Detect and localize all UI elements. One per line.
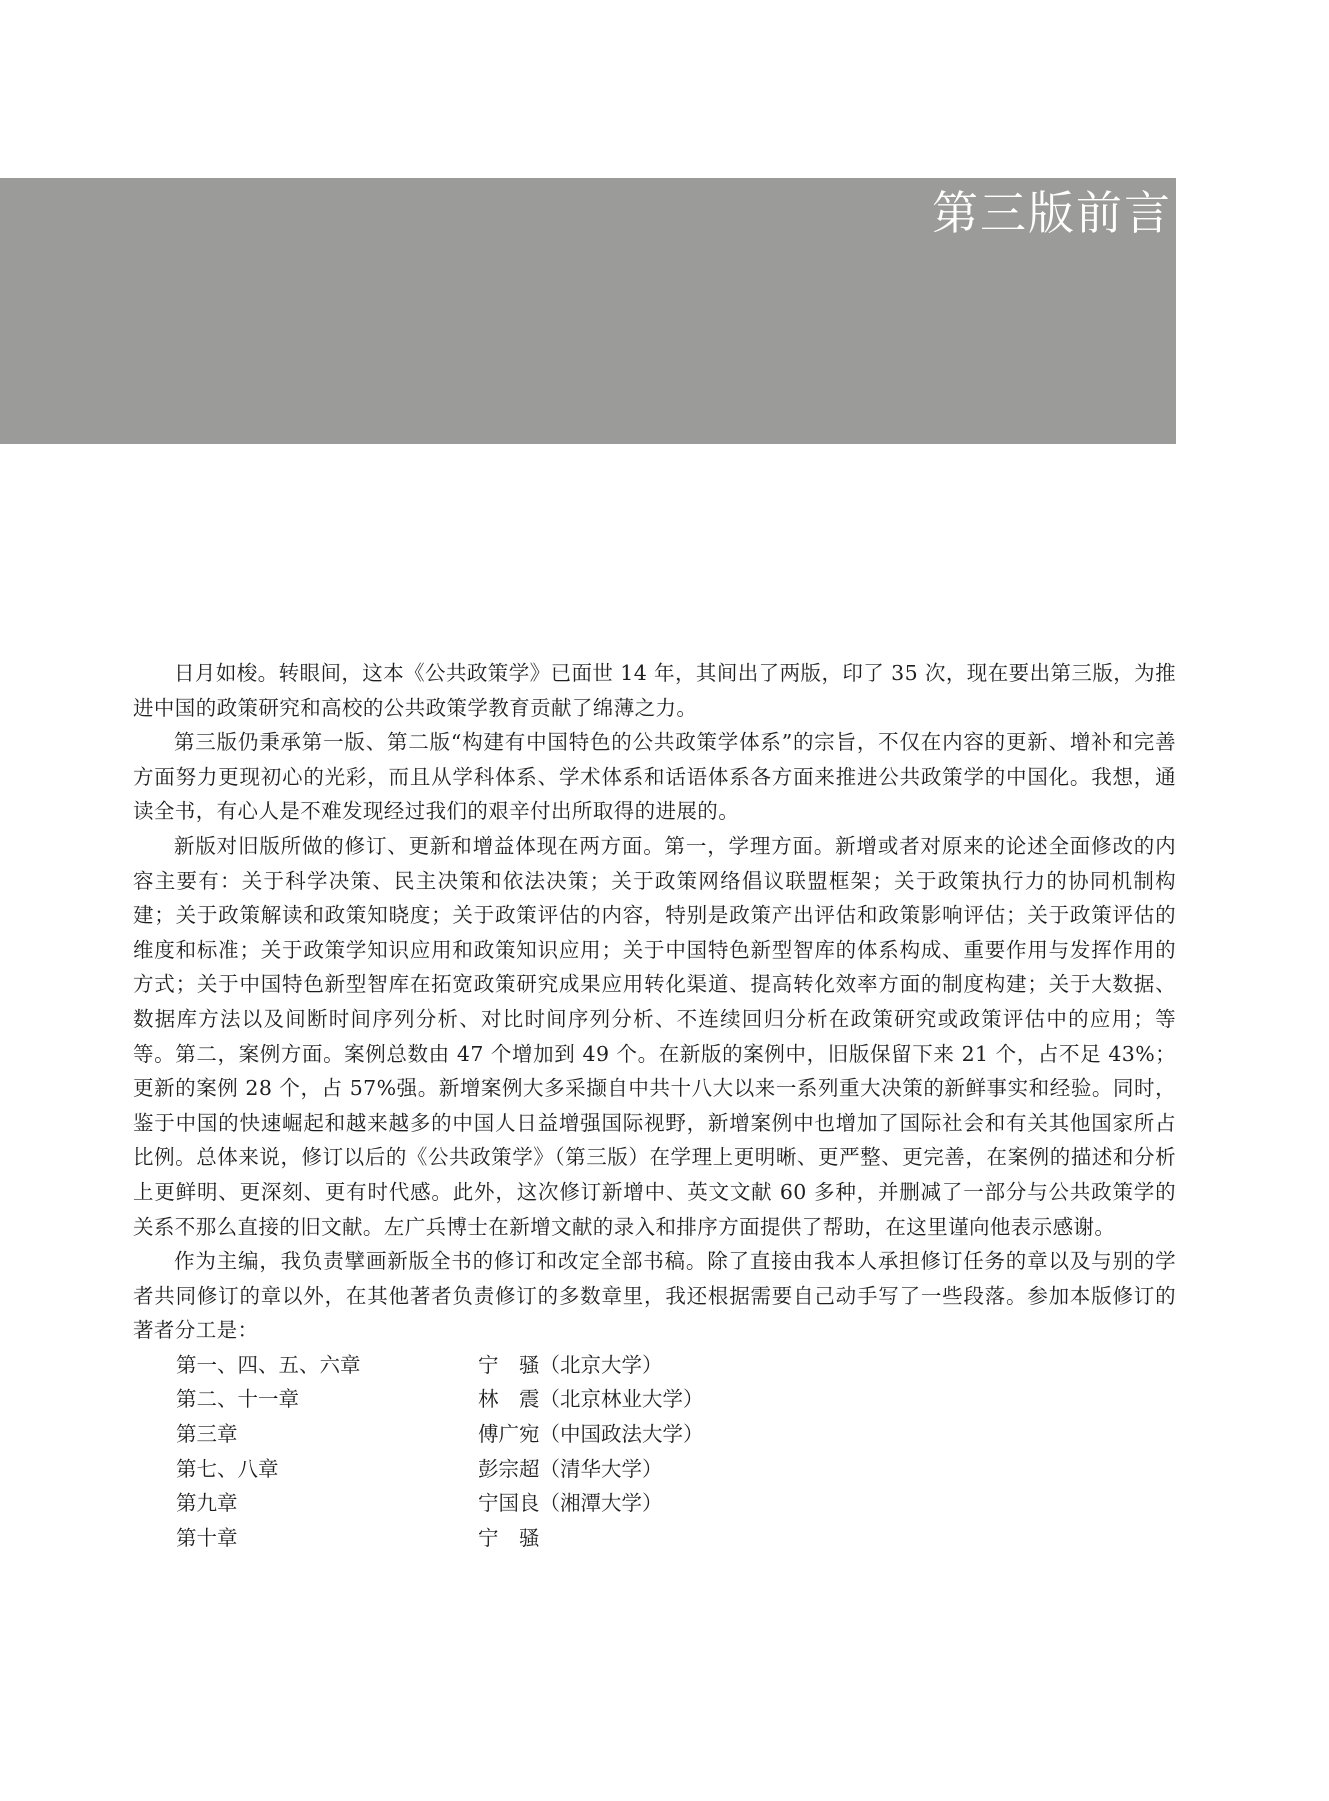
paragraph: 新版对旧版所做的修订、更新和增益体现在两方面。第一，学理方面。新增或者对原来的论… [133,829,1176,1244]
chapter-range: 第九章 [176,1486,478,1521]
title-band: 第三版前言 [0,178,1176,444]
author-name: 林 震（北京林业大学） [478,1382,704,1417]
author-name: 傅广宛（中国政法大学） [478,1417,704,1452]
list-item: 第二、十一章 林 震（北京林业大学） [133,1382,1176,1417]
chapter-range: 第十章 [176,1521,478,1556]
list-item: 第十章 宁 骚 [133,1521,1176,1556]
author-name: 宁 骚 [478,1521,540,1556]
preface-body: 日月如梭。转眼间，这本《公共政策学》已面世 14 年，其间出了两版，印了 35 … [133,656,1176,1555]
chapter-range: 第二、十一章 [176,1382,478,1417]
author-name: 宁 骚（北京大学） [478,1348,663,1383]
paragraph: 作为主编，我负责擘画新版全书的修订和改定全部书稿。除了直接由我本人承担修订任务的… [133,1244,1176,1348]
paragraph: 第三版仍秉承第一版、第二版“构建有中国特色的公共政策学体系”的宗旨，不仅在内容的… [133,725,1176,829]
list-item: 第九章 宁国良（湘潭大学） [133,1486,1176,1521]
page-title: 第三版前言 [932,186,1172,241]
list-item: 第一、四、五、六章 宁 骚（北京大学） [133,1348,1176,1383]
paragraph: 日月如梭。转眼间，这本《公共政策学》已面世 14 年，其间出了两版，印了 35 … [133,656,1176,725]
author-name: 宁国良（湘潭大学） [478,1486,663,1521]
chapter-range: 第七、八章 [176,1452,478,1487]
chapter-range: 第三章 [176,1417,478,1452]
list-item: 第三章 傅广宛（中国政法大学） [133,1417,1176,1452]
list-item: 第七、八章 彭宗超（清华大学） [133,1452,1176,1487]
author-division-list: 第一、四、五、六章 宁 骚（北京大学） 第二、十一章 林 震（北京林业大学） 第… [133,1348,1176,1556]
chapter-range: 第一、四、五、六章 [176,1348,478,1383]
author-name: 彭宗超（清华大学） [478,1452,663,1487]
